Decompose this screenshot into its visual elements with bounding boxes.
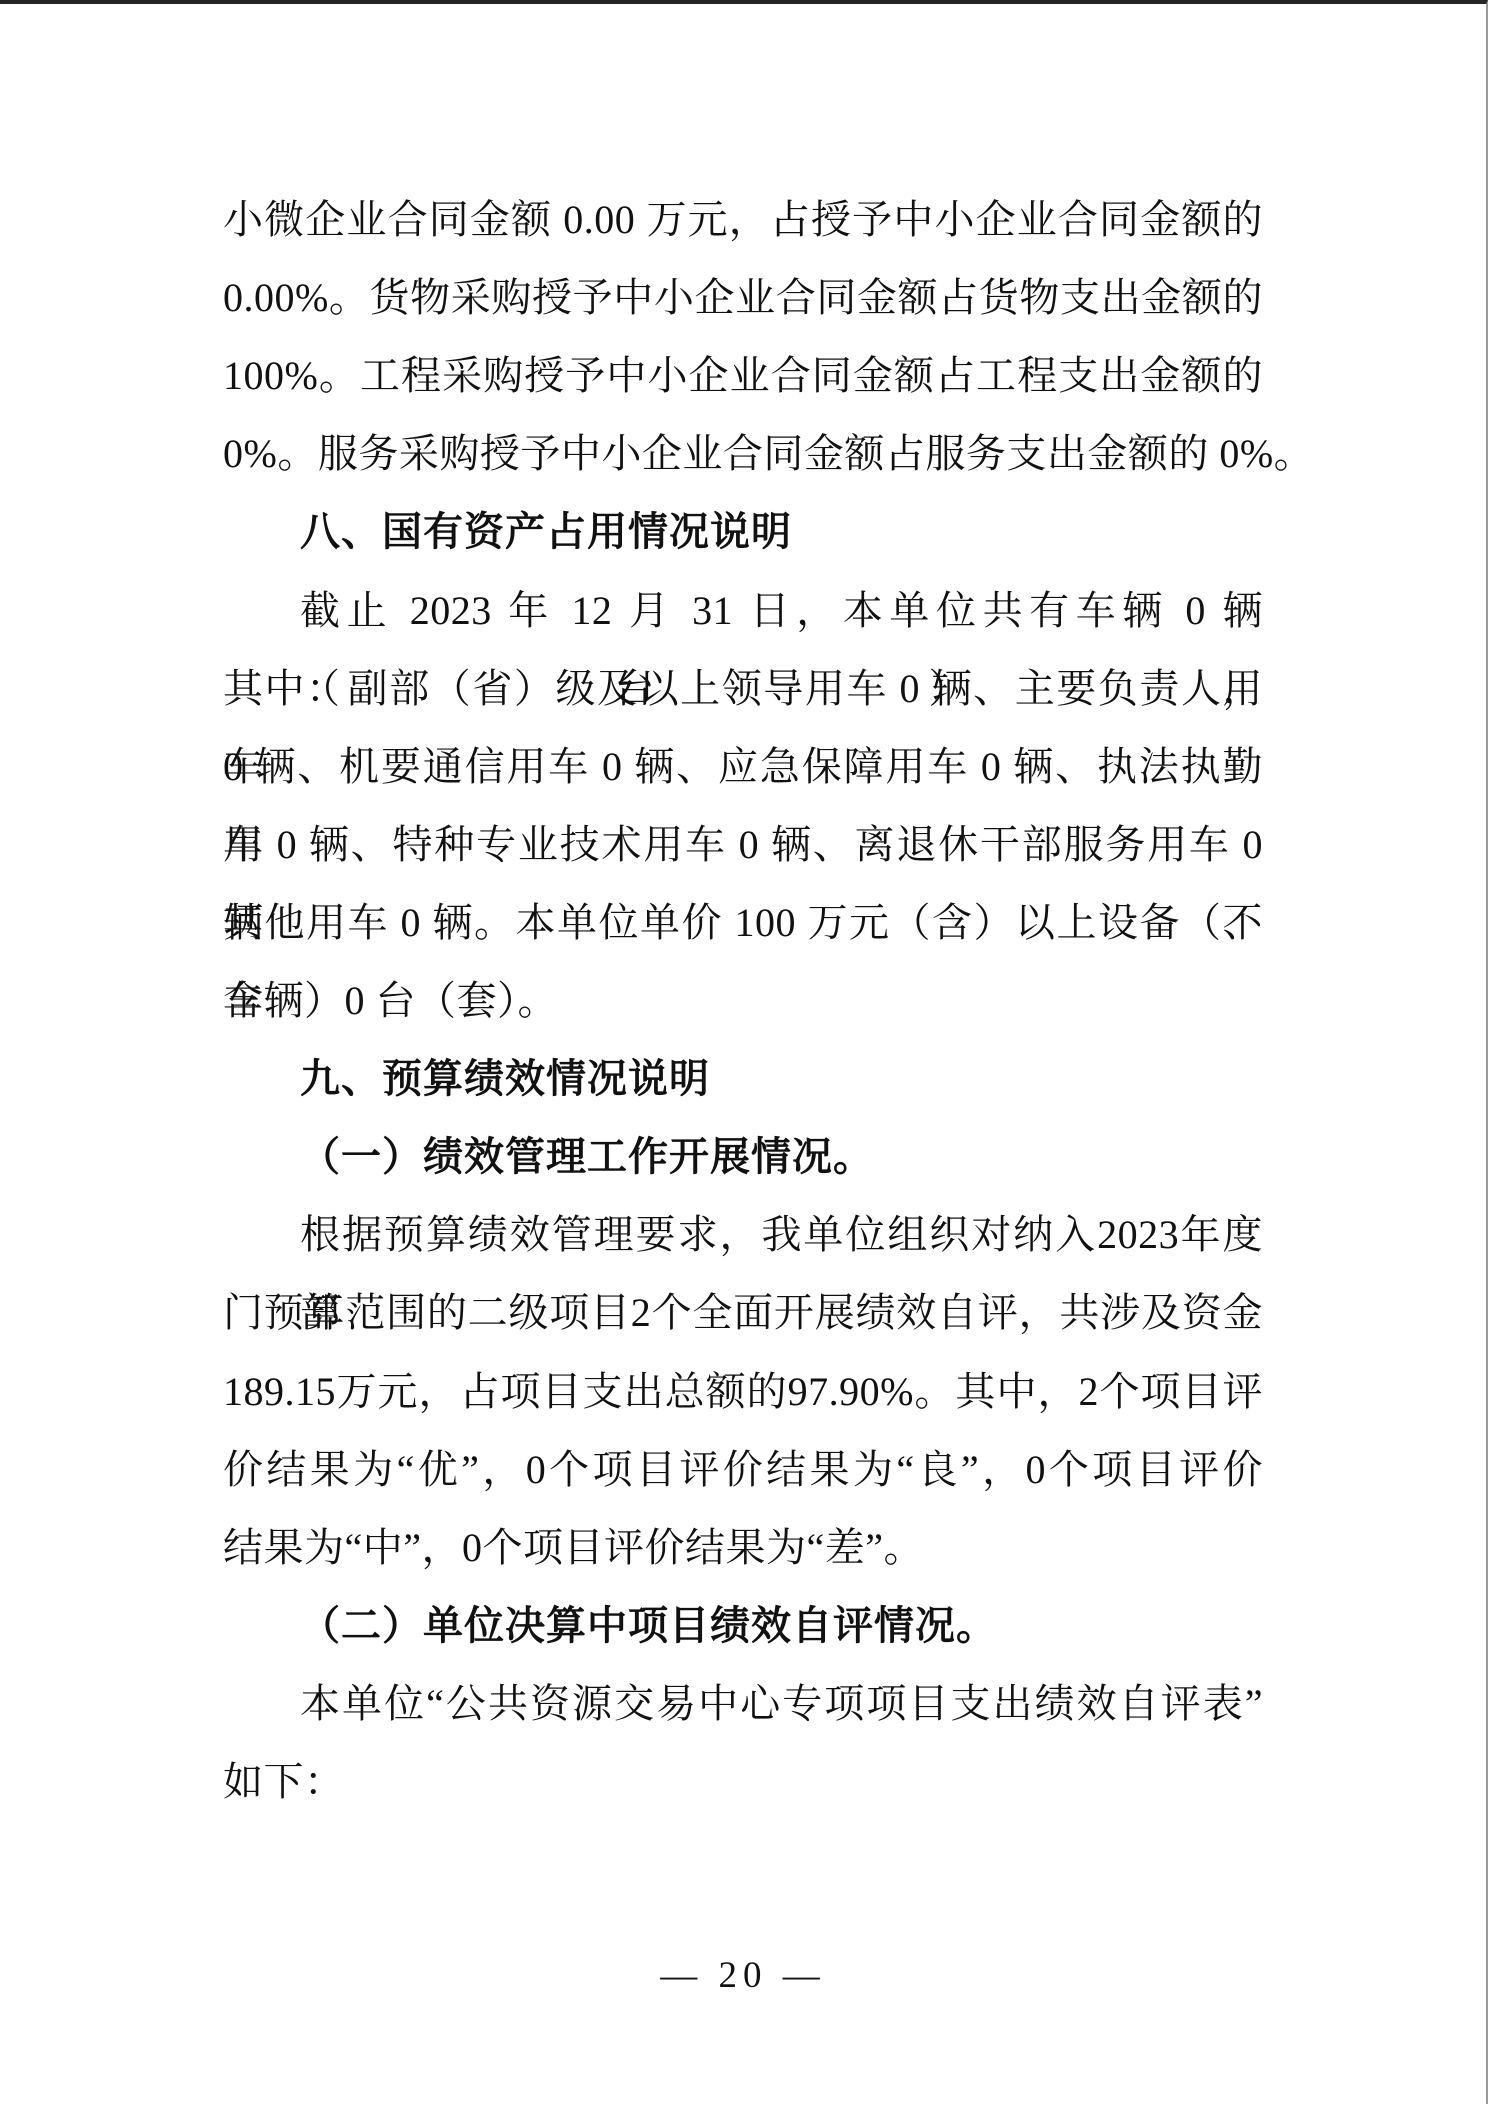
- text-line: 本单位“公共资源交易中心专项项目支出绩效自评表”: [223, 1665, 1263, 1743]
- text-line: 车辆）0 台（套）。: [223, 962, 1263, 1040]
- text-line: 门预算范围的二级项目2个全面开展绩效自评，共涉及资金: [223, 1274, 1263, 1352]
- section-heading: 八、国有资产占用情况说明: [223, 493, 1263, 571]
- text-line: 截止 2023 年 12 月 31 日，本单位共有车辆 0 辆（台），: [223, 572, 1263, 650]
- text-line: 价结果为“优”，0个项目评价结果为“良”，0个项目评价: [223, 1431, 1263, 1509]
- text-line: 其他用车 0 辆。本单位单价 100 万元（含）以上设备（不含: [223, 884, 1263, 962]
- text-line: 0%。服务采购授予中小企业合同金额占服务支出金额的 0%。: [223, 415, 1263, 493]
- document-page: 小微企业合同金额 0.00 万元，占授予中小企业合同金额的0.00%。货物采购授…: [0, 0, 1488, 2104]
- text-line: 如下：: [223, 1743, 1263, 1821]
- text-line: 小微企业合同金额 0.00 万元，占授予中小企业合同金额的: [223, 181, 1263, 259]
- text-line: 车 0 辆、特种专业技术用车 0 辆、离退休干部服务用车 0 辆、: [223, 806, 1263, 884]
- text-line: 其中：副部（省）级及以上领导用车 0 辆、主要负责人用车: [223, 650, 1263, 728]
- text-line: 0.00%。货物采购授予中小企业合同金额占货物支出金额的: [223, 259, 1263, 337]
- section-heading: 九、预算绩效情况说明: [223, 1040, 1263, 1118]
- text-line: 结果为“中”，0个项目评价结果为“差”。: [223, 1509, 1263, 1587]
- page-number: — 20 —: [0, 1954, 1486, 1998]
- text-line: 0 辆、机要通信用车 0 辆、应急保障用车 0 辆、执法执勤用: [223, 728, 1263, 806]
- section-heading: （一）绩效管理工作开展情况。: [223, 1118, 1263, 1196]
- text-line: 100%。工程采购授予中小企业合同金额占工程支出金额的: [223, 337, 1263, 415]
- text-line: 根据预算绩效管理要求，我单位组织对纳入2023年度部: [223, 1196, 1263, 1274]
- text-lines: 小微企业合同金额 0.00 万元，占授予中小企业合同金额的0.00%。货物采购授…: [223, 4, 1263, 2104]
- section-heading: （二）单位决算中项目绩效自评情况。: [223, 1587, 1263, 1665]
- text-line: 189.15万元，占项目支出总额的97.90%。其中，2个项目评: [223, 1353, 1263, 1431]
